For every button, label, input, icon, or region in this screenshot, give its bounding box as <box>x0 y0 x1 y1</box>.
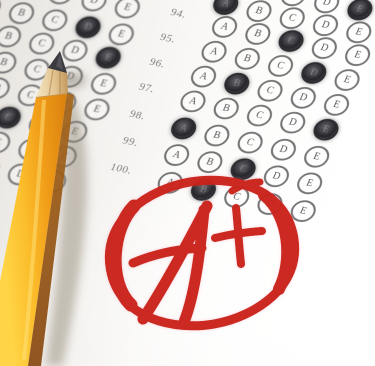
pencil-graphic <box>0 0 375 366</box>
answer-sheet-photo: ABCDEABCDEABCDEABCDEABCDEABCDEABCDEABCDE… <box>0 0 375 366</box>
